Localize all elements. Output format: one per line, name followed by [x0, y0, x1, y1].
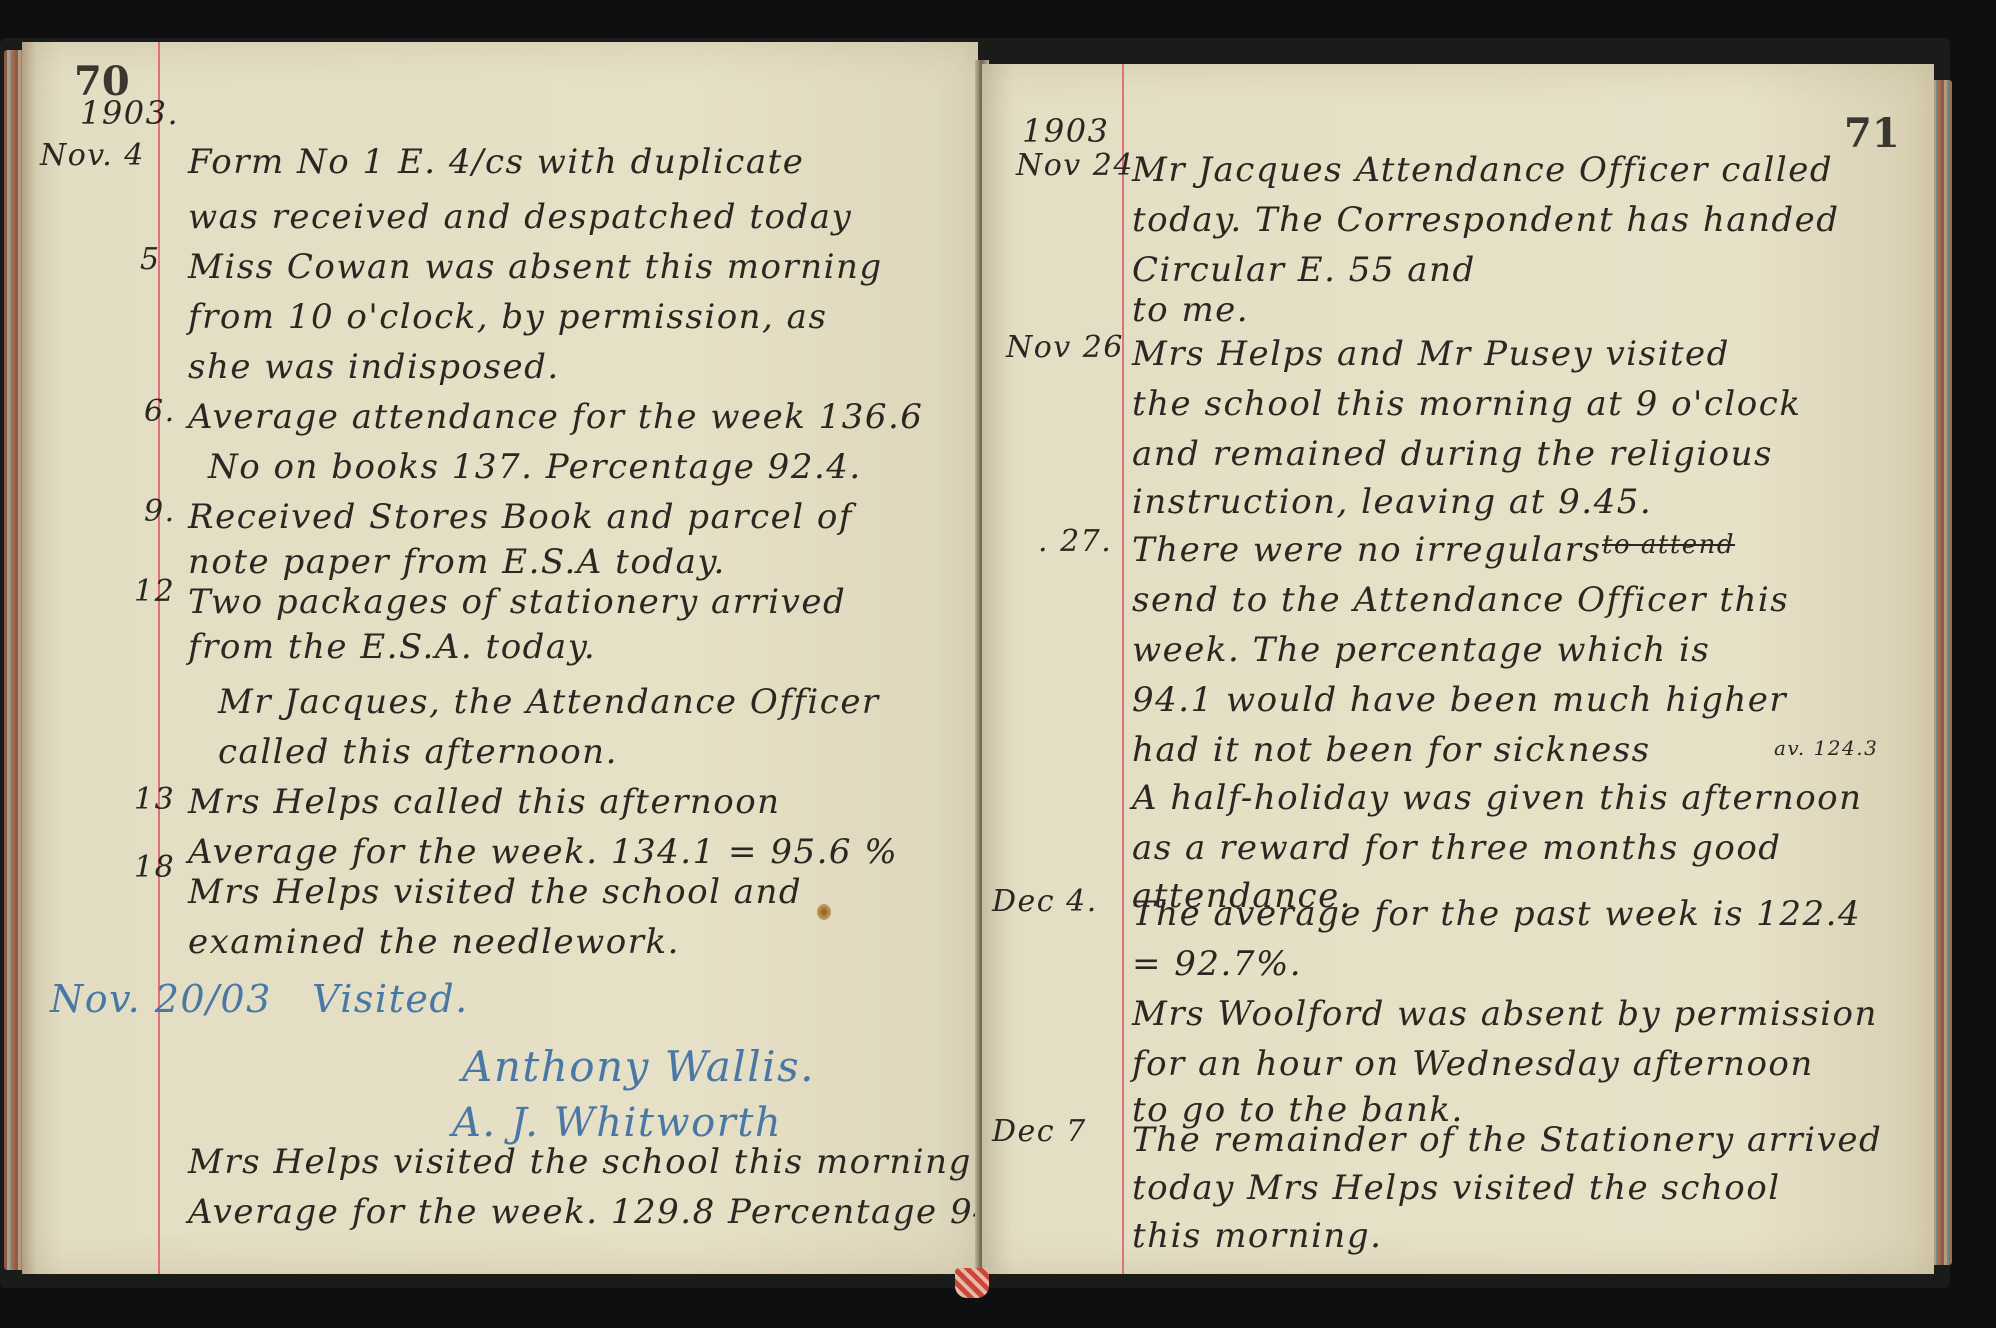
log-line: week. The percentage which is: [1132, 630, 1710, 670]
entry-date: 18: [134, 850, 175, 885]
entry-date: Dec 7: [992, 1114, 1087, 1149]
log-line: Mrs Helps visited the school this mornin…: [188, 1142, 972, 1182]
right-page: 71 1903 Nov 24 Nov 26 . 27. Dec 4. Dec 7…: [982, 64, 1934, 1274]
entry-date: 6.: [144, 394, 176, 429]
log-line: Average for the week. 134.1 = 95.6 %: [188, 832, 898, 872]
page-number: 71: [1844, 110, 1900, 157]
entry-date: . 27.: [1038, 524, 1112, 559]
log-line: Mr Jacques Attendance Officer called: [1132, 150, 1833, 190]
log-line: note paper from E.S.A today.: [188, 542, 726, 582]
log-line: send to the Attendance Officer this: [1132, 580, 1789, 620]
log-line: and remained during the religious: [1132, 434, 1773, 474]
log-line: No on books 137. Percentage 92.4.: [208, 447, 862, 487]
entry-date: Nov. 4: [40, 138, 145, 173]
visitor-note: Visited.: [312, 977, 469, 1021]
margin-rule: [158, 42, 160, 1274]
bookmark-ribbon: [955, 1268, 989, 1298]
log-line: instruction, leaving at 9.45.: [1132, 482, 1652, 522]
struck-text: to attend: [1602, 530, 1735, 560]
log-line: examined the needlework.: [188, 922, 680, 962]
log-line: today. The Correspondent has handed: [1132, 200, 1840, 240]
log-line: from the E.S.A. today.: [188, 627, 596, 667]
entry-date: 12: [134, 574, 175, 609]
left-page: 70 1903. Nov. 4 5 6. 9. 12 13 18 Form No…: [22, 42, 978, 1274]
log-line: = 92.7%.: [1132, 944, 1302, 984]
log-line: 94.1 would have been much higher: [1132, 680, 1787, 720]
log-line: called this afternoon.: [218, 732, 618, 772]
log-line: Mrs Helps called this afternoon: [188, 782, 781, 822]
entry-date: 5: [140, 242, 161, 277]
log-line: Miss Cowan was absent this morning: [188, 247, 883, 287]
log-line: for an hour on Wednesday afternoon: [1132, 1044, 1814, 1084]
visitor-date: Nov. 20/03: [50, 977, 272, 1021]
log-line: There were no irregulars: [1132, 530, 1601, 570]
log-line: Received Stores Book and parcel of: [188, 497, 853, 537]
year: 1903: [1022, 112, 1109, 150]
log-line: today Mrs Helps visited the school: [1132, 1168, 1781, 1208]
log-line: The remainder of the Stationery arrived: [1132, 1120, 1882, 1160]
margin-rule: [1122, 64, 1124, 1274]
log-line: Circular E. 55 and: [1132, 250, 1476, 290]
entry-date: Nov 26: [1006, 330, 1124, 365]
log-line: The average for the past week is 122.4: [1132, 894, 1861, 934]
margin-note: av. 124.3: [1774, 736, 1878, 760]
log-line: to me.: [1132, 290, 1249, 330]
log-line: as a reward for three months good: [1132, 828, 1782, 868]
log-line: Average for the week. 129.8 Percentage 9…: [188, 1192, 1032, 1232]
log-line: A half-holiday was given this afternoon: [1132, 778, 1863, 818]
log-line: Mrs Helps and Mr Pusey visited: [1132, 334, 1730, 374]
log-line: Mr Jacques, the Attendance Officer: [218, 682, 880, 722]
log-line: from 10 o'clock, by permission, as: [188, 297, 827, 337]
entry-date: 9.: [144, 494, 176, 529]
log-line: Mrs Woolford was absent by permission: [1132, 994, 1878, 1034]
log-line: Two packages of stationery arrived: [188, 582, 846, 622]
year: 1903.: [80, 94, 179, 132]
log-line: this morning.: [1132, 1216, 1382, 1256]
entry-date: Dec 4.: [992, 884, 1098, 919]
log-line: the school this morning at 9 o'clock: [1132, 384, 1801, 424]
log-line: Form No 1 E. 4/cs with duplicate: [188, 142, 804, 182]
visitor-signature: A. J. Whitworth: [452, 1100, 782, 1146]
visitor-signature: Anthony Wallis.: [462, 1042, 815, 1091]
log-line: was received and despatched today: [188, 197, 852, 237]
entry-date: Nov 24: [1016, 148, 1134, 183]
log-line: Mrs Helps visited the school and: [188, 872, 802, 912]
log-line: she was indisposed.: [188, 347, 560, 387]
ink-stain: [817, 904, 831, 920]
log-line: Average attendance for the week 136.6: [188, 397, 923, 437]
log-line: had it not been for sickness: [1132, 730, 1651, 770]
entry-date: 13: [134, 782, 175, 817]
